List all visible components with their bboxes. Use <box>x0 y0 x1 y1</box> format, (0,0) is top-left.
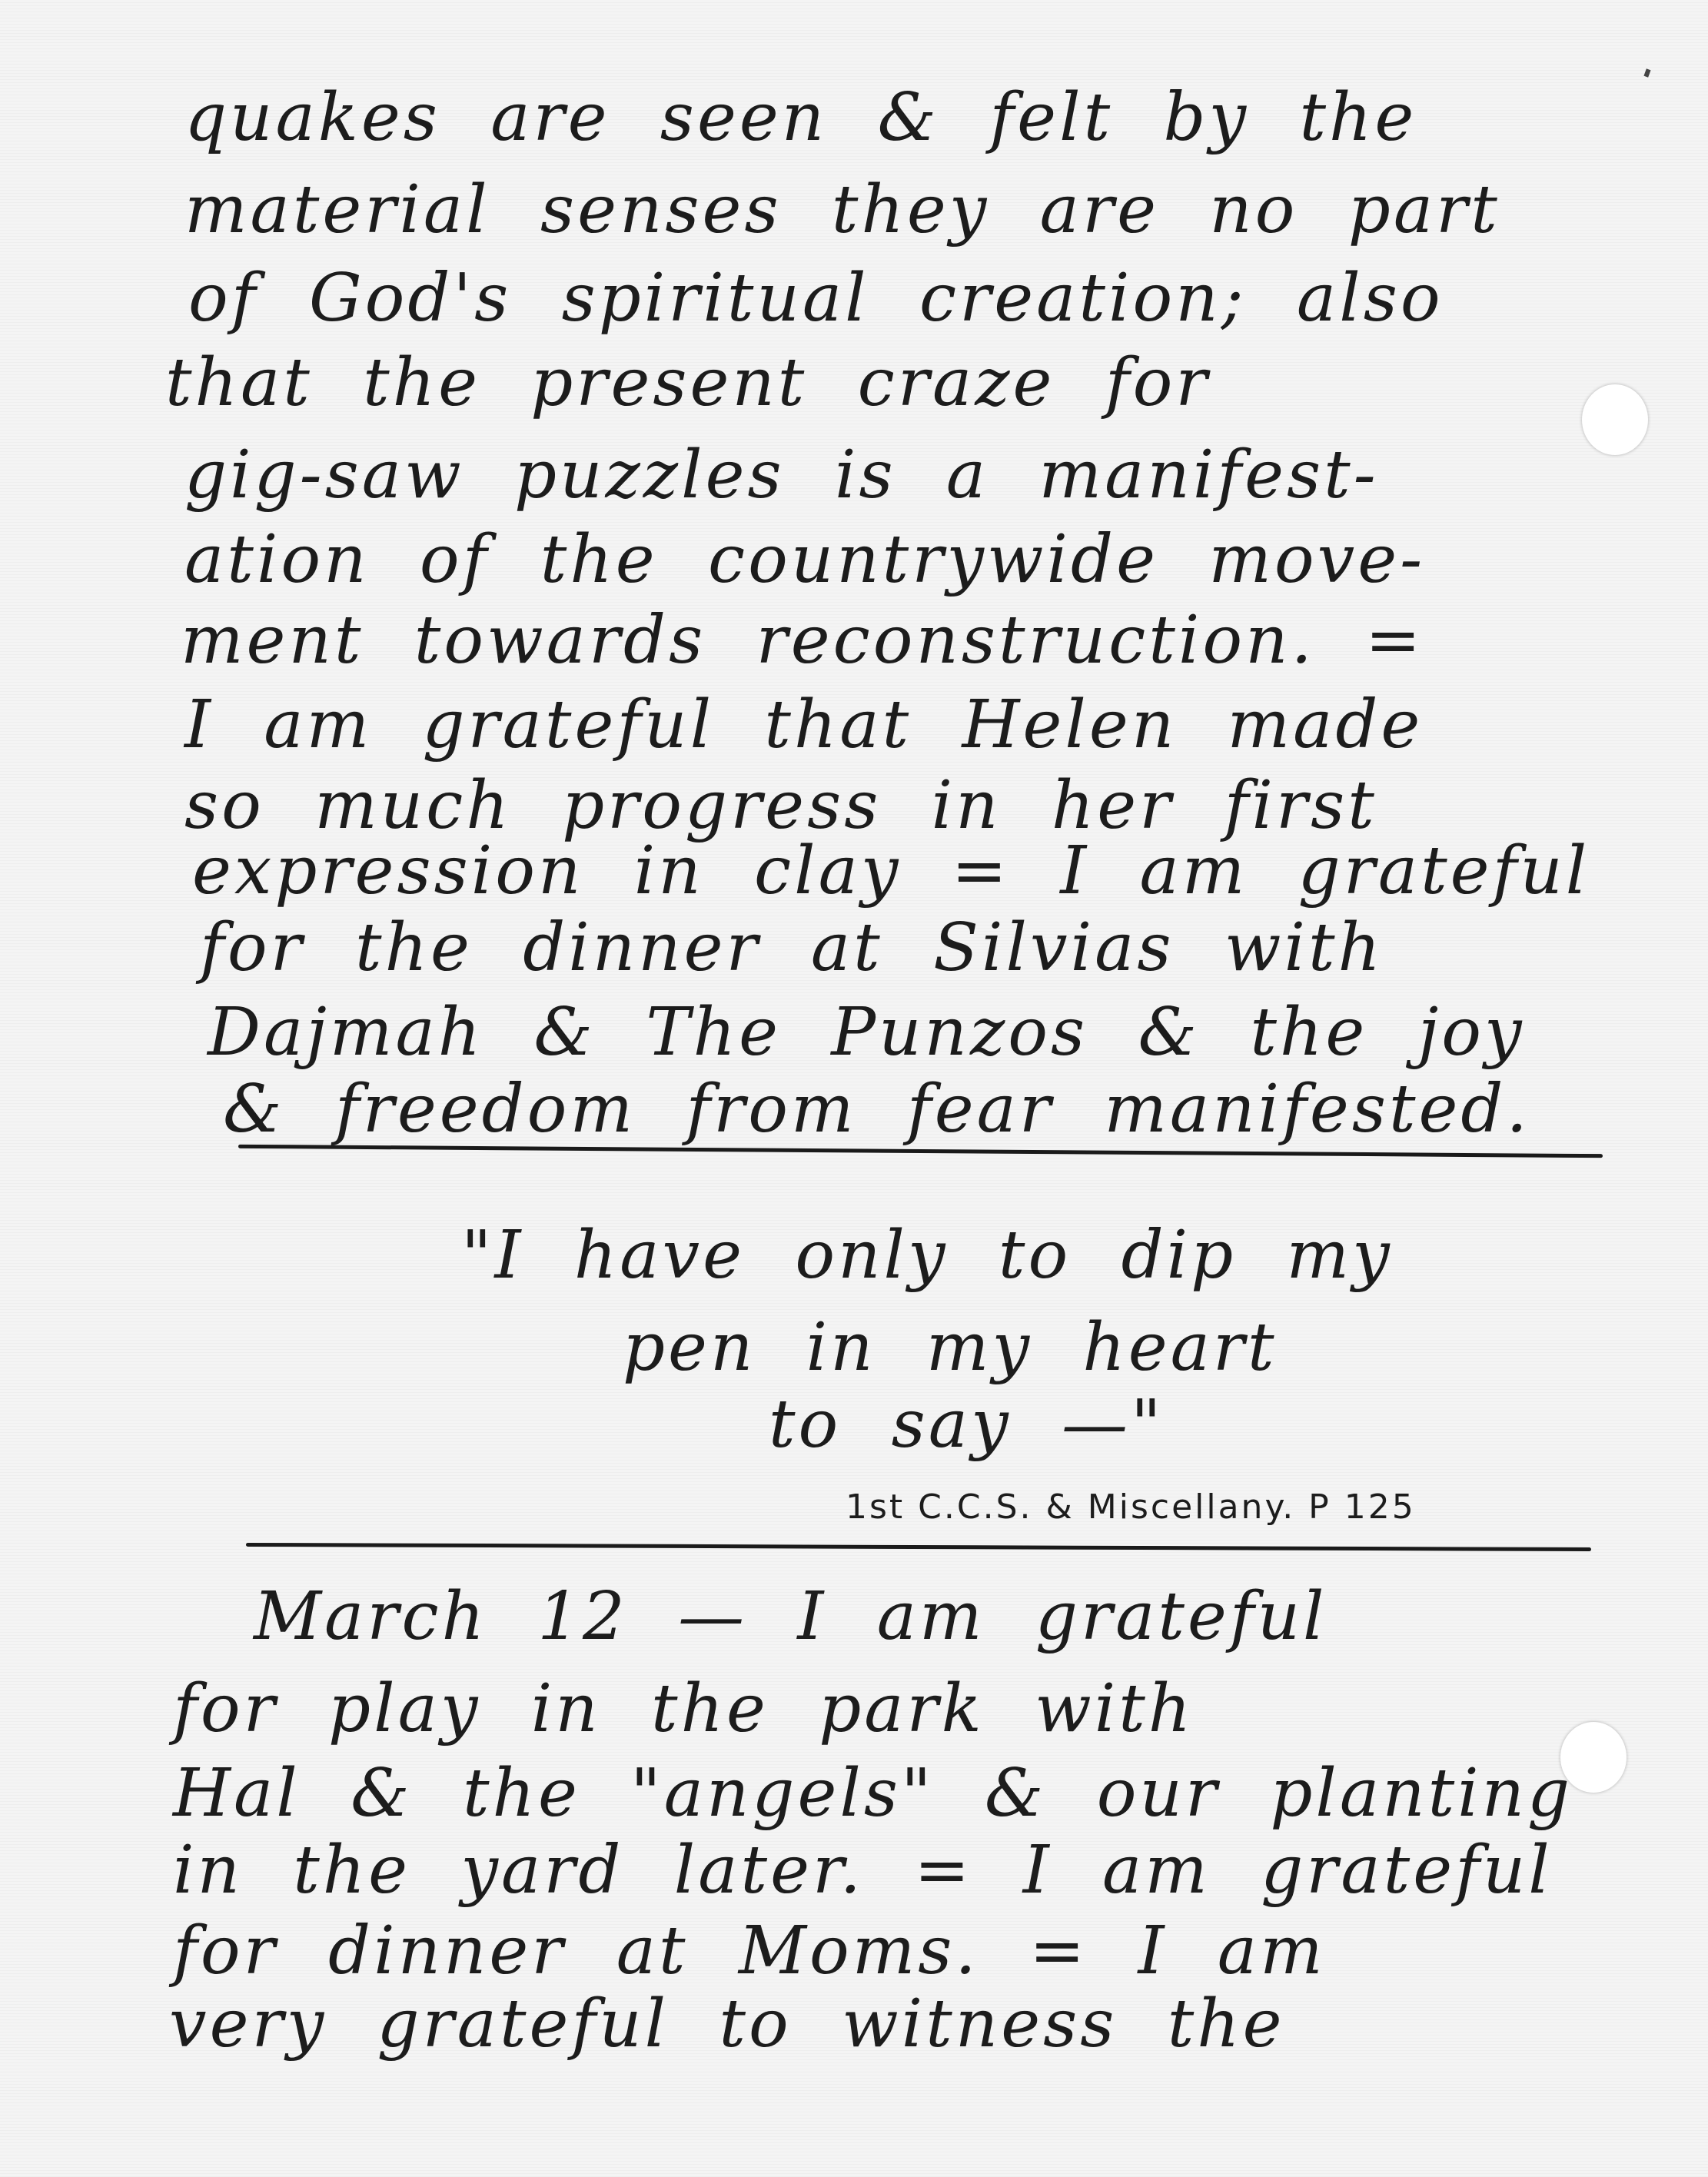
text-line: material senses they are no part <box>184 177 1500 243</box>
text-line: & freedom from fear manifested. <box>223 1076 1530 1142</box>
text-line: for play in the park with <box>173 1676 1194 1742</box>
punch-hole <box>1582 384 1648 455</box>
paper-mark <box>1643 68 1650 77</box>
text-line: quakes are seen & felt by the <box>184 85 1417 151</box>
text-line: for the dinner at Silvias with <box>200 915 1384 981</box>
quote-citation: 1st C.C.S. & Miscellany. P 125 <box>846 1487 1416 1527</box>
quote-line: to say —" <box>769 1391 1165 1457</box>
text-line: expression in clay = I am grateful <box>192 838 1590 904</box>
text-line: Hal & the "angels" & our planting <box>173 1760 1573 1826</box>
document-page: quakes are seen & felt by the material s… <box>0 0 1708 2177</box>
text-line: I am grateful that Helen made <box>184 692 1423 758</box>
text-line: ation of the countrywide move- <box>184 527 1425 593</box>
quote-line: pen in my heart <box>623 1315 1278 1381</box>
text-line: ment towards reconstruction. = <box>181 607 1424 673</box>
text-line: March 12 — I am grateful <box>254 1584 1328 1650</box>
text-line: for dinner at Moms. = I am <box>173 1918 1326 1984</box>
text-line: gig-saw puzzles is a manifest- <box>184 442 1379 508</box>
text-line: that the present craze for <box>165 350 1210 416</box>
punch-hole <box>1560 1722 1627 1793</box>
text-line: Dajmah & The Punzos & the joy <box>208 999 1525 1065</box>
text-line: so much progress in her first <box>184 773 1377 839</box>
quote-line: "I have only to dip my <box>461 1222 1393 1288</box>
text-line: in the yard later. = I am grateful <box>173 1837 1553 1903</box>
text-line: of God's spiritual creation; also <box>188 265 1444 331</box>
divider-line <box>246 1543 1591 1551</box>
text-line: very grateful to witness the <box>169 1991 1285 2057</box>
